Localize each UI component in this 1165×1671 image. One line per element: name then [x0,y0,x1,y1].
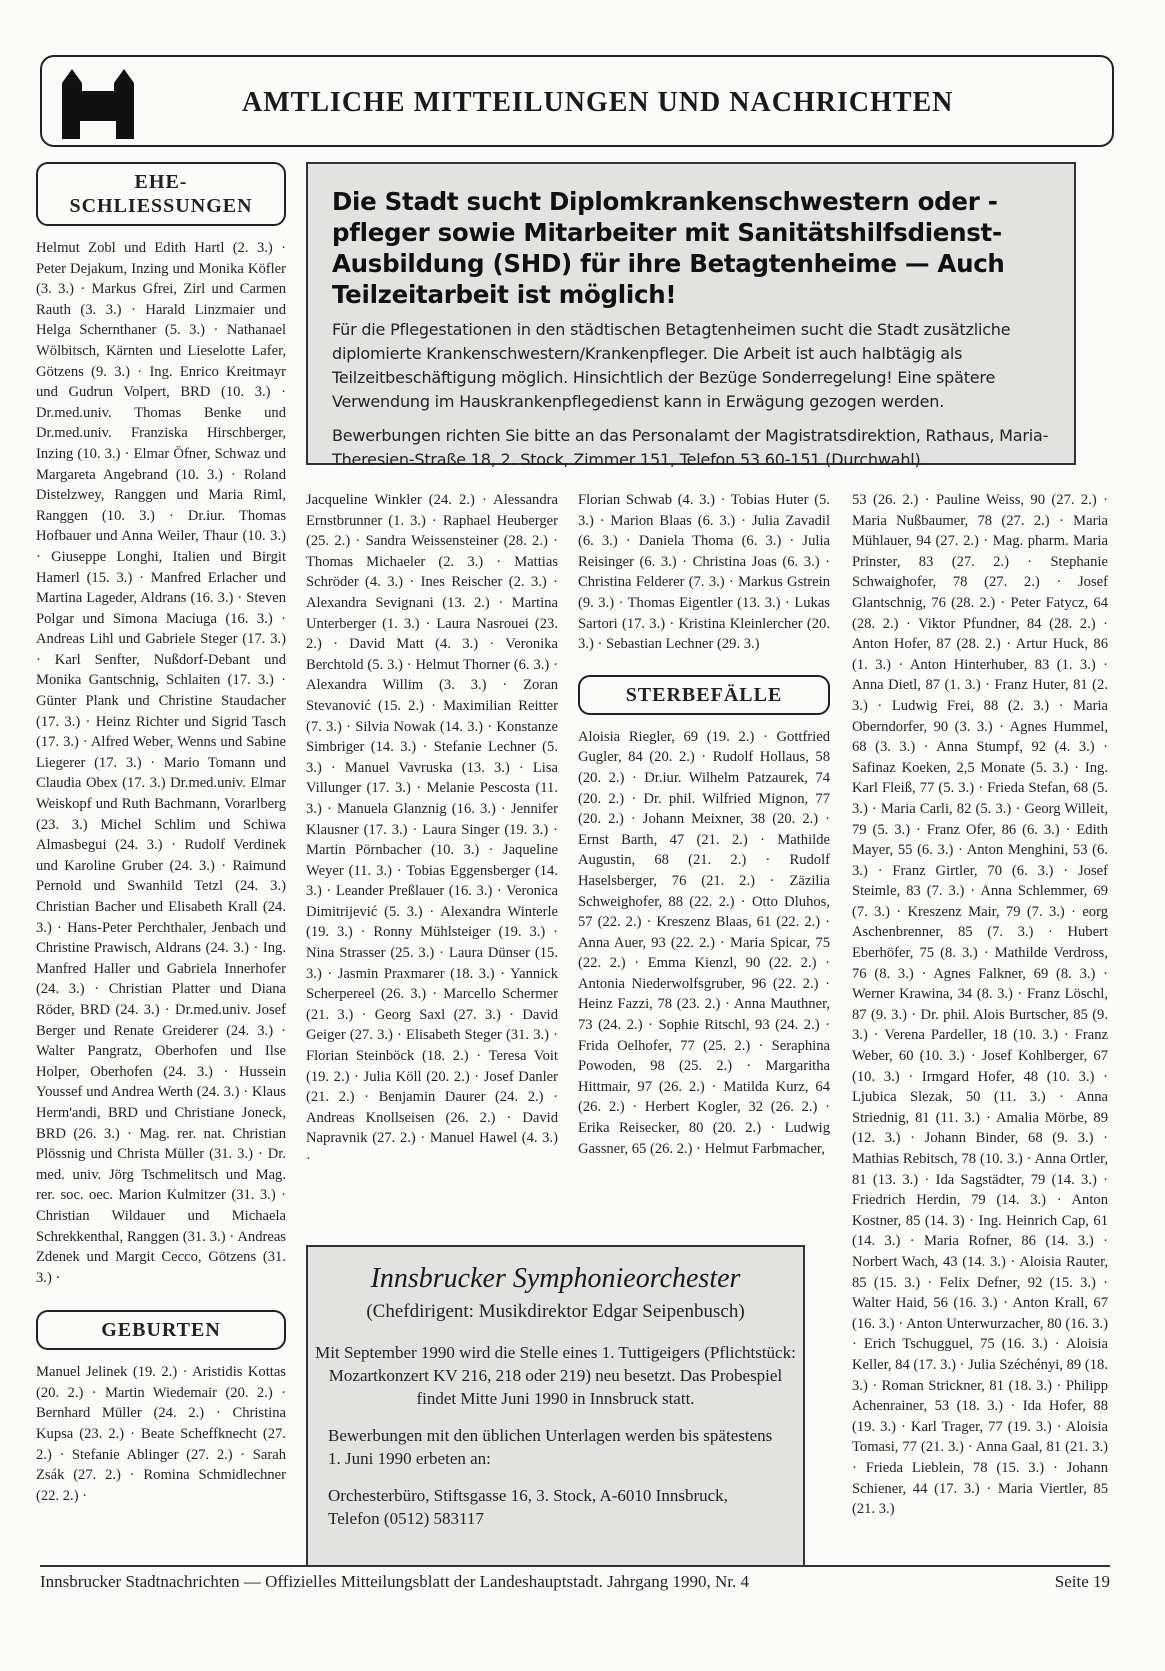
orchestra-address: Orchesterbüro, Stiftsgasse 16, 3. Stock,… [328,1484,783,1530]
job-ad-nurses: Die Stadt sucht Diplomkrankenschwestern … [306,162,1076,465]
births-text: Manuel Jelinek (19. 2.) · Aristidis Kott… [36,1362,286,1506]
births-text-continued: Jacqueline Winkler (24. 2.) · Alessandra… [306,490,558,1170]
footer-publication: Innsbrucker Stadtnachrichten — Offiziell… [40,1572,749,1591]
page-title: AMTLICHE MITTEILUNGEN UND NACHRICHTEN [242,87,953,119]
ad-headline: Die Stadt sucht Diplomkrankenschwestern … [332,186,1052,310]
page-header: AMTLICHE MITTEILUNGEN UND NACHRICHTEN [40,55,1114,147]
column-4: 53 (26. 2.) · Pauline Weiss, 90 (27. 2.)… [852,490,1108,1520]
footer-rule [40,1565,1110,1567]
job-ad-orchestra: Innsbrucker Symphonieorchester (Chefdiri… [306,1245,805,1567]
heading-line: EHE- [42,170,280,194]
ad-contact: Bewerbungen richten Sie bitte an das Per… [332,424,1052,472]
orchestra-apply: Bewerbungen mit den üblichen Unterlagen … [328,1424,783,1470]
heading-line: SCHLIESSUNGEN [42,194,280,218]
column-3: Florian Schwab (4. 3.) · Tobias Huter (5… [578,490,830,1159]
orchestra-subtitle: (Chefdirigent: Musikdirektor Edgar Seipe… [308,1301,803,1323]
page-number: Seite 19 [1055,1572,1110,1592]
deaths-text-continued: 53 (26. 2.) · Pauline Weiss, 90 (27. 2.)… [852,490,1108,1520]
section-heading-eheschliessungen: EHE- SCHLIESSUNGEN [36,162,286,226]
column-2: Jacqueline Winkler (24. 2.) · Alessandra… [306,490,558,1170]
section-heading-geburten: GEBURTEN [36,1310,286,1350]
page-footer: Innsbrucker Stadtnachrichten — Offiziell… [40,1572,1110,1592]
marriages-text: Helmut Zobl und Edith Hartl (2. 3.) · Pe… [36,238,286,1288]
births-text-end: Florian Schwab (4. 3.) · Tobias Huter (5… [578,490,830,655]
ad-body: Für die Pflegestationen in den städtisch… [332,318,1052,414]
castle-towers-icon [58,65,138,139]
deaths-text: Aloisia Riegler, 69 (19. 2.) · Gottfried… [578,727,830,1159]
orchestra-announcement: Mit September 1990 wird die Stelle eines… [308,1341,803,1410]
column-1: EHE- SCHLIESSUNGEN Helmut Zobl und Edith… [36,162,286,1506]
section-heading-sterbefaelle: STERBEFÄLLE [578,675,830,715]
orchestra-title: Innsbrucker Symphonieorchester [308,1263,803,1295]
